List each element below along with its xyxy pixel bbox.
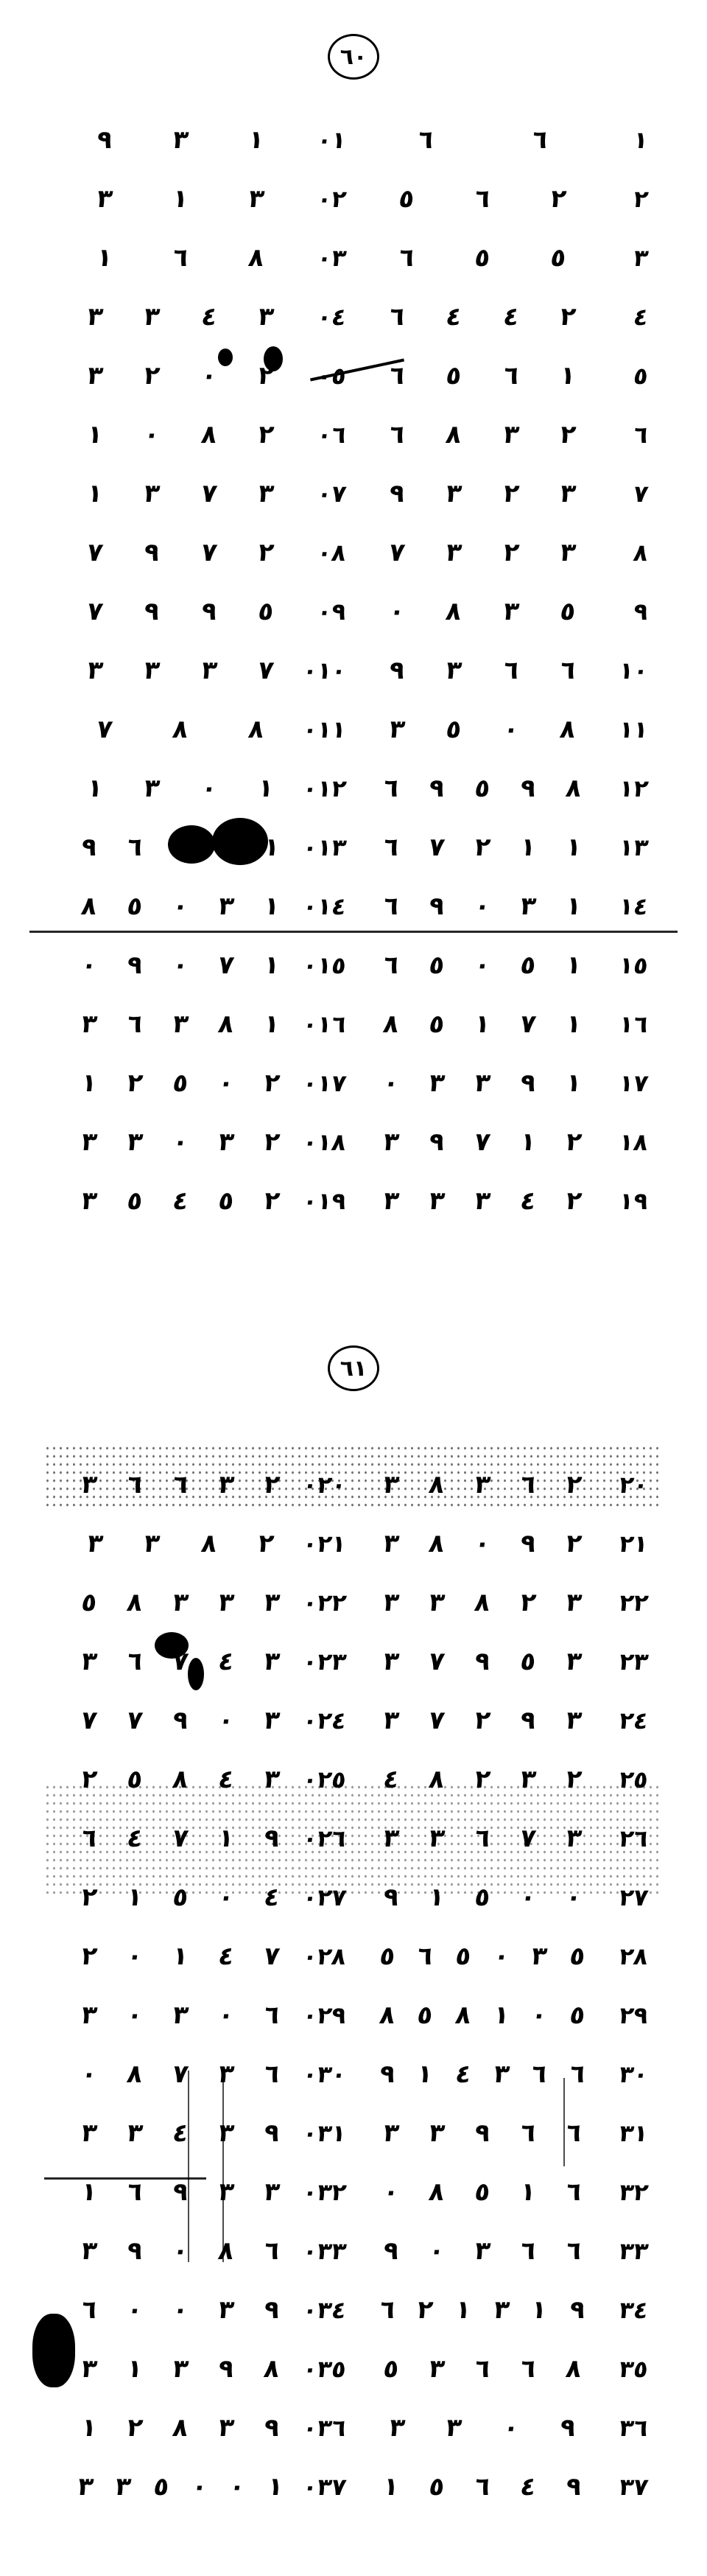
table-row: ٨٥٠٣١٠١٤٦٩٠٣١١٤ [66,877,648,936]
left-index: ٠٦ [292,421,348,449]
digit-glyph: ٦ [381,361,412,391]
digit-glyph: ٣ [467,2236,498,2266]
digit-glyph: ٩ [119,951,150,980]
digit-glyph: ٦ [376,951,407,980]
digit-glyph: ٠ [136,420,167,449]
digit-glyph: ٧ [421,1647,452,1676]
digit-glyph: ٣ [376,2118,407,2148]
right-value: ٩٠٣٦٦ [368,2236,597,2266]
left-column-cell: ٧٩٩٥٠٩ [66,597,346,626]
digit-glyph: ٢ [558,1186,589,1216]
right-value: ١٥٦٤٩ [368,2472,597,2502]
digit-glyph: ٣ [558,1588,589,1617]
right-index: ١٤ [594,892,650,920]
digit-glyph: ٨ [242,243,272,273]
digit-glyph: ٨ [438,420,469,449]
digit-glyph: ١ [74,2177,105,2207]
right-column-cell: ٣٥٠٨١١ [368,715,648,744]
digit-glyph: ٣ [211,1588,242,1617]
digit-glyph: ٣ [74,1127,105,1157]
digit-glyph: ٣ [74,2236,105,2266]
table-row: ٠٨٧٣٦٠٣٠٩١٤٣٦٦٣٠ [66,2045,648,2104]
digit-glyph: ٤ [119,1824,150,1853]
right-index: ٣٢ [594,2178,650,2206]
right-value: ٥٦٢ [368,184,597,214]
right-column-cell: ٣٨٣٦٢٢٠ [368,1470,648,1499]
right-value: ٦٩٥٩٨ [368,774,597,803]
digit-glyph: ١ [89,243,120,273]
left-column-cell: ٧٨٨٠١١ [66,715,346,744]
digit-glyph: ٩ [376,2236,407,2266]
ink-blot [264,346,283,371]
digit-glyph: ٥ [421,951,452,980]
digit-glyph: ٨ [421,1470,452,1499]
digit-glyph: ٩ [256,1824,287,1853]
digit-glyph: ٥ [552,597,583,626]
numeric-table-page-60: ٩٣١٠١٦٦١٣١٣٠٢٥٦٢٢١٦٨٠٣٦٥٥٣٣٣٤٣٠٤٦٤٤٢٤٣٢٠… [66,111,648,1231]
table-row: ٢٥٨٤٣٠٢٥٤٨٢٣٢٢٥ [66,1750,648,1809]
right-value: ٤٨٢٣٢ [368,1765,597,1794]
left-value: ٣٣٨٢ [66,1529,295,1558]
digit-glyph: ٧ [80,597,110,626]
right-index: ٣١ [594,2119,650,2147]
digit-glyph: ٨ [74,892,105,921]
right-column-cell: ١٥٦٤٩٣٧ [368,2472,648,2502]
left-index: ٠٢٤ [292,1707,348,1735]
table-row: ٣٣٣٧٠١٠٩٣٦٦١٠ [66,641,648,700]
right-value: ٠٨٥١٦ [368,2177,597,2207]
digit-glyph: ٠ [381,597,412,626]
digit-glyph: ٨ [421,1765,452,1794]
digit-glyph: ٦ [410,1942,441,1971]
digit-glyph: ٩ [552,2413,583,2443]
digit-glyph: ٦ [372,2295,403,2325]
digit-glyph: ٢ [74,1883,105,1912]
digit-glyph: ١ [74,2413,105,2443]
right-column-cell: ٩٣٢٣٧ [368,479,648,508]
left-index: ٠١٨ [292,1128,348,1156]
right-column-cell: ٦٥٥٣ [368,243,648,273]
right-value: ٨٥٨١٠٥ [368,2001,597,2030]
digit-glyph: ٣ [74,1647,105,1676]
digit-glyph: ٩ [421,892,452,921]
digit-glyph: ٢ [496,479,527,508]
digit-glyph: ١ [165,184,196,214]
digit-glyph: ٤ [211,1942,242,1971]
left-index: ٠٢٠ [292,1471,348,1499]
digit-glyph: ٥ [544,243,574,273]
left-value: ٠٩٠٧١ [66,951,295,980]
left-column-cell: ٣٦٦٣٢٠٢٠ [66,1470,346,1499]
digit-glyph: ٣ [558,1824,589,1853]
left-value: ٣٣٠٣٢ [66,1127,295,1157]
digit-glyph: ١ [119,1883,150,1912]
digit-glyph: ١ [552,361,583,391]
digit-glyph: ٨ [421,1529,452,1558]
digit-glyph: ٣ [136,656,167,685]
left-value: ٦٠٠٣٩ [66,2295,295,2325]
digit-glyph: ٣ [108,2472,139,2502]
left-value: ١٢٨٣٩ [66,2413,295,2443]
digit-glyph: ١ [558,1009,589,1039]
digit-glyph: ٨ [448,2001,479,2030]
right-index: ٢٣ [594,1648,650,1676]
right-value: ٣٨٠٩٢ [368,1529,597,1558]
digit-glyph: ٣ [256,2177,287,2207]
column-rule [188,2071,189,2262]
digit-glyph: ٣ [421,2118,452,2148]
digit-glyph: ٠ [74,951,105,980]
digit-glyph: ٥ [448,1942,479,1971]
left-index: ٠١ [292,126,348,154]
digit-glyph: ٣ [119,2118,150,2148]
digit-glyph: ٣ [165,1588,196,1617]
left-index: ٠٣٧ [292,2473,348,2501]
digit-glyph: ٣ [136,302,167,332]
right-value: ٦٥٥ [368,243,597,273]
digit-glyph: ٢ [119,2413,150,2443]
digit-glyph: ٦ [256,2001,287,2030]
digit-glyph: ١ [211,1824,242,1853]
left-index: ٠١٦ [292,1010,348,1038]
left-index: ٠١٧ [292,1069,348,1097]
digit-glyph: ٠ [486,1942,517,1971]
right-index: ٢٥ [594,1765,650,1793]
left-index: ٠٢١ [292,1530,348,1558]
digit-glyph: ٣ [211,892,242,921]
digit-glyph: ٨ [558,774,589,803]
right-column-cell: ٩١٥٠٠٢٧ [368,1883,648,1912]
right-index: ١٠ [594,657,650,685]
digit-glyph: ٠ [467,892,498,921]
digit-glyph: ٤ [513,1186,544,1216]
digit-glyph: ٠ [211,1883,242,1912]
left-column-cell: ١٢٨٣٩٠٣٦ [66,2413,346,2443]
table-row: ٣٣٨٢٠٢١٣٨٠٩٢٢١ [66,1514,648,1573]
digit-glyph: ٣ [165,2001,196,2030]
digit-glyph: ٦ [256,2059,287,2089]
digit-glyph: ٦ [391,243,422,273]
left-column-cell: ٢٥٨٤٣٠٢٥ [66,1765,346,1794]
right-column-cell: ٩١٤٣٦٦٣٠ [368,2059,648,2089]
digit-glyph: ٩ [421,774,452,803]
digit-glyph: ٤ [165,1186,196,1216]
left-column-cell: ٣١٣٠٢ [66,184,346,214]
digit-glyph: ٣ [80,656,110,685]
table-row: ٥٨٣٣٣٠٢٢٣٣٨٢٣٢٢ [66,1573,648,1632]
digit-glyph: ٨ [438,597,469,626]
numeric-table-page-61: ٣٦٦٣٢٠٢٠٣٨٣٦٢٢٠٣٣٨٢٠٢١٣٨٠٩٢٢١٥٨٣٣٣٠٢٢٣٣٨… [66,1455,648,2516]
table-row: ١٣٠١٠١٢٦٩٥٩٨١٢ [66,759,648,818]
digit-glyph: ٧ [513,1009,544,1039]
right-index: ٥ [594,362,650,390]
digit-glyph: ٦ [119,1647,150,1676]
digit-glyph: ٩ [381,479,412,508]
left-value: ٣٣٣٧ [66,656,295,685]
digit-glyph: ٧ [194,479,225,508]
left-column-cell: ١٦٨٠٣ [66,243,346,273]
digit-glyph: ٦ [467,2354,498,2384]
left-index: ٠١٣ [292,833,348,861]
digit-glyph: ٥ [467,1883,498,1912]
digit-glyph: ٣ [242,184,272,214]
left-value: ١٣٧٣ [66,479,295,508]
ink-blot [168,825,215,864]
left-index: ٠٨ [292,539,348,567]
left-index: ٠١١ [292,715,348,743]
digit-glyph: ٥ [372,1942,403,1971]
digit-glyph: ٢ [119,1068,150,1098]
digit-glyph: ٩ [165,1706,196,1735]
digit-glyph: ٣ [513,1765,544,1794]
left-column-cell: ٨٥٠٣١٠١٤ [66,892,346,921]
left-column-cell: ٣١٣٩٨٠٣٥ [66,2354,346,2384]
digit-glyph: ٣ [250,479,281,508]
digit-glyph: ١ [80,774,110,803]
digit-glyph: ٧ [194,538,225,567]
digit-glyph: ٥ [165,1883,196,1912]
right-index: ٢٤ [594,1707,650,1735]
digit-glyph: ٦ [552,656,583,685]
table-row: ٣١٣٠٢٥٦٢٢ [66,169,648,228]
digit-glyph: ٧ [421,1706,452,1735]
left-column-cell: ٣٣٠٣٢٠١٨ [66,1127,346,1157]
left-index: ٠١٠ [292,657,348,685]
digit-glyph: ٠ [184,2472,215,2502]
left-index: ٠٢٩ [292,2001,348,2029]
digit-glyph: ٦ [562,2059,593,2089]
left-value: ٣٦٦٣٢ [66,1470,295,1499]
digit-glyph: ١ [513,833,544,862]
digit-glyph: ٣ [74,1186,105,1216]
right-index: ١٣ [594,833,650,861]
digit-glyph: ٥ [513,1647,544,1676]
digit-glyph: ٦ [524,2059,555,2089]
right-value: ٦٤٤٢ [368,302,597,332]
digit-glyph: ٥ [119,892,150,921]
ink-blot [188,1658,204,1690]
right-index: ٦ [594,421,650,449]
digit-glyph: ٥ [421,1009,452,1039]
digit-glyph: ٧ [250,656,281,685]
digit-glyph: ٨ [165,715,196,744]
digit-glyph: ٠ [524,2001,555,2030]
left-value: ٣١٣ [66,184,295,214]
digit-glyph: ٢ [544,184,574,214]
left-index: ٠٣ [292,244,348,272]
left-column-cell: ١٣٧٣٠٧ [66,479,346,508]
right-index: ٢٧ [594,1883,650,1911]
digit-glyph: ٠ [376,2177,407,2207]
ink-blot [32,2314,75,2387]
digit-glyph: ٦ [513,2118,544,2148]
left-column-cell: ٢١٥٠٤٠٢٧ [66,1883,346,1912]
digit-glyph: ١ [260,2472,291,2502]
left-index: ٠٢٢ [292,1589,348,1617]
digit-glyph: ٧ [381,538,412,567]
digit-glyph: ٥ [165,1068,196,1098]
digit-glyph: ٩ [256,2413,287,2443]
digit-glyph: ٥ [376,2354,407,2384]
digit-glyph: ٣ [256,1706,287,1735]
digit-glyph: ٢ [496,538,527,567]
right-column-cell: ٥٦٥٠٣٥٢٨ [368,1942,648,1971]
digit-glyph: ٢ [558,1765,589,1794]
right-index: ٤ [594,303,650,331]
digit-glyph: ٣ [211,2059,242,2089]
digit-glyph: ٩ [513,1068,544,1098]
right-value: ٦٥٠٥١ [368,951,597,980]
digit-glyph: ٩ [376,1883,407,1912]
right-value: ٦٧٢١١ [368,833,597,862]
digit-glyph: ٠ [119,1942,150,1971]
digit-glyph: ٢ [250,1529,281,1558]
left-column-cell: ٩٣١٠١ [66,125,346,155]
digit-glyph: ٢ [513,1588,544,1617]
digit-glyph: ٦ [256,2236,287,2266]
digit-glyph: ٧ [165,1824,196,1853]
digit-glyph: ٣ [74,2001,105,2030]
left-index: ٠١٩ [292,1187,348,1215]
right-index: ١٩ [594,1187,650,1215]
digit-glyph: ٦ [119,1470,150,1499]
digit-glyph: ٨ [211,2236,242,2266]
digit-glyph: ٩ [165,2177,196,2207]
digit-glyph: ٦ [119,833,150,862]
digit-glyph: ٥ [421,2472,452,2502]
right-column-cell: ٦٢١٣١٩٣٤ [368,2295,648,2325]
digit-glyph: ٣ [74,1470,105,1499]
digit-glyph: ٣ [421,1068,452,1098]
left-column-cell: ٣٣٤٣٠٤ [66,302,346,332]
digit-glyph: ٦ [496,656,527,685]
digit-glyph: ٦ [376,892,407,921]
ink-blot [212,818,268,865]
digit-glyph: ٤ [211,1765,242,1794]
digit-glyph: ٧ [89,715,120,744]
digit-glyph: ٣ [421,1186,452,1216]
table-row: ١٢٥٠٢٠١٧٠٣٣٩١١٧ [66,1054,648,1113]
right-index: ٢٨ [594,1942,650,1970]
digit-glyph: ٠ [119,2295,150,2325]
right-column-cell: ٦٦١ [368,125,648,155]
digit-glyph: ٠ [165,1127,196,1157]
digit-glyph: ٦ [513,1470,544,1499]
left-value: ١٦٩٣٣ [66,2177,295,2207]
left-value: ٣٣٤٣ [66,302,295,332]
digit-glyph: ٣ [376,1647,407,1676]
left-value: ٣٢٠٢ [66,361,295,391]
digit-glyph: ٠ [165,951,196,980]
digit-glyph: ٢ [256,1186,287,1216]
digit-glyph: ٨ [376,1009,407,1039]
digit-glyph: ٩ [256,2295,287,2325]
digit-glyph: ٠ [119,2001,150,2030]
digit-glyph: ٥ [119,1186,150,1216]
digit-glyph: ٦ [467,2472,498,2502]
digit-glyph: ٣ [74,2118,105,2148]
digit-glyph: ٣ [211,1127,242,1157]
table-row: ٦٤٧١٩٠٢٦٣٣٦٧٣٢٦ [66,1809,648,1868]
digit-glyph: ٢ [558,1127,589,1157]
digit-glyph: ٣ [80,302,110,332]
digit-glyph: ٣ [438,656,469,685]
right-index: ٢٩ [594,2001,650,2029]
digit-glyph: ٤ [211,1647,242,1676]
digit-glyph: ٢ [558,1529,589,1558]
right-index: ٢٦ [594,1824,650,1852]
right-value: ٣٣٦٧٣ [368,1824,597,1853]
digit-glyph: ٣ [438,479,469,508]
left-value: ٦٤٧١٩ [66,1824,295,1853]
digit-glyph: ٧ [421,833,452,862]
right-column-cell: ٥٣٦٦٨٣٥ [368,2354,648,2384]
right-column-cell: ٦٩٥٩٨١٢ [368,774,648,803]
digit-glyph: ١ [513,2177,544,2207]
digit-glyph: ٩ [136,538,167,567]
table-row: ١٢٨٣٩٠٣٦٣٣٠٩٣٦ [66,2398,648,2457]
digit-glyph: ٥ [119,1765,150,1794]
left-value: ٠٨٧٣٦ [66,2059,295,2089]
digit-glyph: ٣ [467,1470,498,1499]
digit-glyph: ٥ [250,597,281,626]
left-column-cell: ٣٩٠٨٦٠٣٣ [66,2236,346,2266]
digit-glyph: ١ [242,125,272,155]
digit-glyph: ٢ [74,1942,105,1971]
digit-glyph: ٢ [250,420,281,449]
digit-glyph: ١ [467,1009,498,1039]
left-column-cell: ٣٣٥٠٠١٠٣٧ [66,2472,346,2502]
digit-glyph: ٤ [194,302,225,332]
left-column-cell: ٧٧٩٠٣٠٢٤ [66,1706,346,1735]
right-index: ٣٣ [594,2237,650,2265]
digit-glyph: ١ [448,2295,479,2325]
digit-glyph: ٣ [558,1706,589,1735]
left-index: ٠٣٤ [292,2296,348,2324]
digit-glyph: ٩ [513,774,544,803]
table-row: ٠٩٠٧١٠١٥٦٥٠٥١١٥ [66,936,648,995]
digit-glyph: ٥ [410,2001,441,2030]
right-value: ٦٩٠٣١ [368,892,597,921]
digit-glyph: ٩ [513,1529,544,1558]
digit-glyph: ٢ [74,1765,105,1794]
digit-glyph: ٣ [376,1824,407,1853]
left-value: ٧٧٩٠٣ [66,1706,295,1735]
left-value: ٣٠٣٠٦ [66,2001,295,2030]
digit-glyph: ١ [558,833,589,862]
left-value: ٣٣٤٣٩ [66,2118,295,2148]
digit-glyph: ٥ [146,2472,177,2502]
digit-glyph: ٠ [165,2236,196,2266]
digit-glyph: ٩ [74,833,105,862]
digit-glyph: ١ [80,420,110,449]
digit-glyph: ٥ [562,2001,593,2030]
right-value: ٦٢١٣١٩ [368,2295,597,2325]
right-column-cell: ٣٣٩٦٦٣١ [368,2118,648,2148]
digit-glyph: ٥ [467,774,498,803]
right-index: ٢١ [594,1530,650,1558]
right-value: ٦٦ [368,125,597,155]
right-value: ٣٥٠٨ [368,715,597,744]
digit-glyph: ٣ [89,184,120,214]
left-index: ٠٣١ [292,2119,348,2147]
digit-glyph: ٣ [496,597,527,626]
left-column-cell: ٣٥٤٥٢٠١٩ [66,1186,346,1216]
table-row: ٢١٥٠٤٠٢٧٩١٥٠٠٢٧ [66,1868,648,1927]
left-column-cell: ٦٠٠٣٩٠٣٤ [66,2295,346,2325]
digit-glyph: ٣ [421,1588,452,1617]
digit-glyph: ٦ [74,1824,105,1853]
